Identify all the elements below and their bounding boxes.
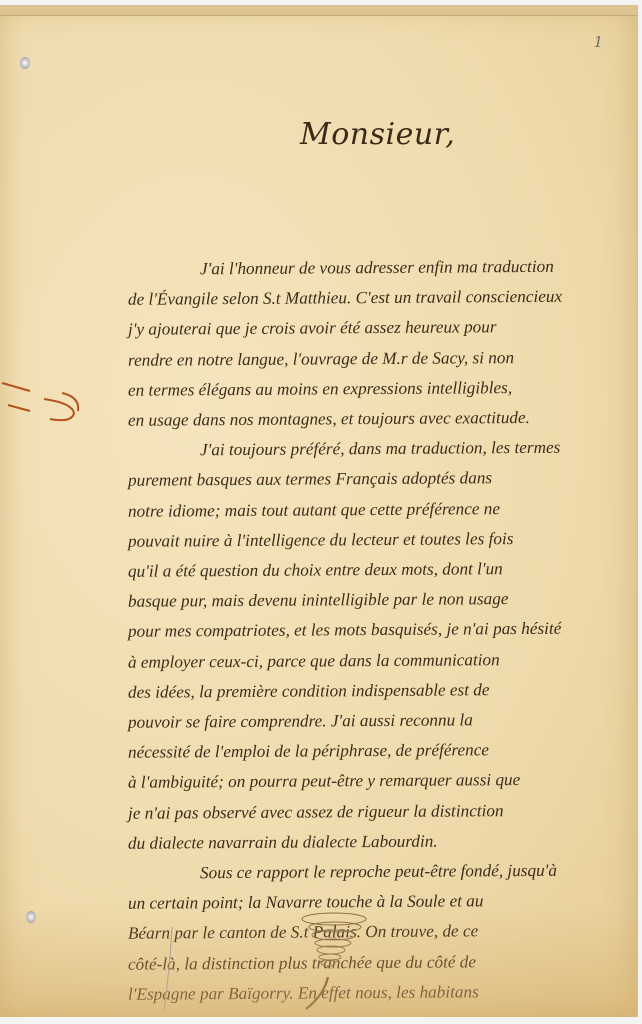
letter-body: J'ai l'honneur de vous adresser enfin ma… [128, 253, 638, 1008]
salutation: Monsieur, [300, 117, 455, 152]
page-number: 1 [593, 33, 603, 51]
text-line: purement basques aux termes Français ado… [128, 463, 638, 497]
text-line: côté-là, la distinction plus tranchée qu… [128, 946, 638, 980]
text-line: nécessité de l'emploi de la périphrase, … [128, 734, 638, 768]
text-line: en termes élégans au moins en expression… [128, 372, 638, 406]
text-line: à employer ceux-ci, parce que dans la co… [128, 644, 638, 678]
text-line: je n'ai pas observé avec assez de rigueu… [128, 795, 638, 829]
text-line: J'ai l'honneur de vous adresser enfin ma… [128, 251, 638, 285]
spiral-flourish-icon [298, 905, 378, 1015]
text-line: de l'Évangile selon S.t Matthieu. C'est … [128, 281, 638, 315]
text-line: du dialecte navarrain du dialecte Labour… [128, 825, 638, 859]
text-line: rendre en notre langue, l'ouvrage de M.r… [128, 342, 638, 376]
text-line: en usage dans nos montagnes, et toujours… [128, 402, 638, 436]
red-bracket-mark-icon [0, 377, 90, 437]
text-line: j'y ajouterai que je crois avoir été ass… [128, 312, 638, 346]
text-line: l'Espagne par Baïgorry. En effet nous, l… [128, 976, 638, 1010]
manuscript-page: 1 Monsieur, J'ai l'honneur de vous adres… [0, 5, 638, 1017]
pencil-stroke-mark [160, 925, 180, 1015]
text-line: basque pur, mais devenu inintelligible p… [128, 583, 638, 617]
pin-hole-bottom [26, 911, 36, 923]
pin-hole-top [20, 57, 30, 69]
text-line: à l'ambiguité; on pourra peut-être y rem… [128, 765, 638, 799]
text-line: Sous ce rapport le reproche peut-être fo… [128, 855, 638, 889]
text-line: Béarn par le canton de S.t Palais. On tr… [128, 916, 638, 950]
page-top-edge [0, 5, 637, 16]
text-line: pouvait nuire à l'intelligence du lecteu… [128, 523, 638, 557]
text-line: pouvoir se faire comprendre. J'ai aussi … [128, 704, 638, 738]
text-line: des idées, la première condition indispe… [128, 674, 638, 708]
text-line: notre idiome; mais tout autant que cette… [128, 493, 638, 527]
text-line: un certain point; la Navarre touche à la… [128, 885, 638, 919]
text-line: pour mes compatriotes, et les mots basqu… [128, 614, 638, 648]
text-line: qu'il a été question du choix entre deux… [128, 553, 638, 587]
text-line: J'ai toujours préféré, dans ma traductio… [128, 432, 638, 466]
